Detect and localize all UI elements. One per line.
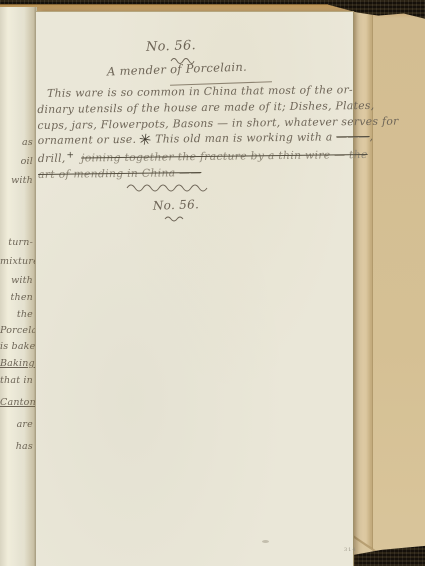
page-title: A mender of Porcelain. bbox=[92, 59, 262, 79]
struck-out-text: art of mending in China —— bbox=[38, 166, 201, 181]
paragraph-text: drill, bbox=[38, 152, 66, 165]
paragraph-text: ornament or use. bbox=[38, 133, 137, 147]
pencil-smudge bbox=[262, 540, 269, 543]
manuscript-photo: as oil with turn- mixture with then the … bbox=[0, 0, 425, 566]
plus-mark: + bbox=[66, 149, 74, 165]
asterisk-mark: ✳ bbox=[138, 139, 151, 141]
divider-squiggle bbox=[126, 182, 210, 192]
pencil-folio-number: 314 bbox=[344, 547, 357, 553]
manuscript-page: No. 56. A mender of Porcelain. This ware… bbox=[36, 11, 353, 566]
paragraph-line: art of mending in China —— bbox=[38, 163, 360, 183]
body-paragraph: This ware is so common in China that mos… bbox=[37, 82, 360, 183]
paragraph-text: , bbox=[370, 130, 374, 143]
struck-out-text: joining together the fracture by a thin … bbox=[81, 148, 368, 164]
paragraph-text: dinary utensils of the house are made of… bbox=[37, 99, 374, 116]
page-heading-number: No. 56. bbox=[116, 37, 226, 56]
struck-out-text: ——— bbox=[336, 130, 369, 143]
paragraph-text: This ware is so common in China that mos… bbox=[47, 83, 353, 100]
paragraph-text: This old man is working with a bbox=[155, 131, 333, 146]
flourish-squiggle bbox=[164, 215, 186, 222]
page-footer-number: No. 56. bbox=[134, 197, 218, 214]
